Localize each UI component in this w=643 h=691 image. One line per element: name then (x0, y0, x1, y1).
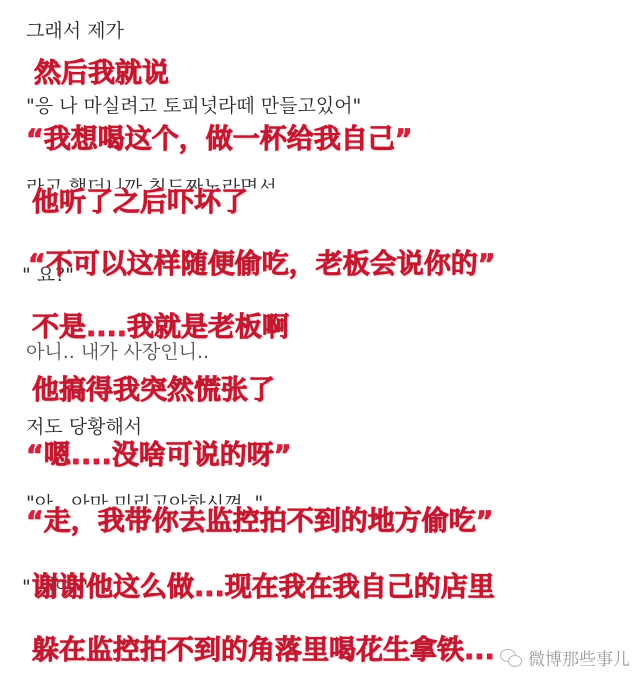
caption-1: 然后我就说 (34, 60, 169, 87)
korean-line-1: 그래서 제가 (26, 22, 124, 41)
korean-line-5: 아니.. 내가 사장인니.. (26, 343, 209, 362)
wechat-icon (500, 649, 522, 667)
caption-8: “走，我带你去监控拍不到的地方偷吃” (26, 508, 494, 535)
caption-3: 他听了之后吓坏了 (32, 189, 248, 216)
caption-9: 谢谢他这么做...现在我在我自己的店里 (32, 574, 495, 601)
caption-2: “我想喝这个，做一杯给我自己” (26, 126, 413, 153)
watermark-text: 微博那些事儿 (528, 645, 630, 670)
caption-6: 他搞得我突然慌张了 (32, 377, 275, 404)
caption-4: “不可以这样随便偷吃，老板会说你的” (28, 251, 496, 278)
korean-line-2: "응 나 마실려고 토피넛라떼 만들고있어" (26, 97, 361, 116)
caption-5: 不是....我就是老板啊 (32, 314, 289, 341)
korean-line-6: 저도 당황해서 (26, 418, 142, 437)
caption-7: “嗯....没啥可说的呀” (26, 442, 292, 469)
watermark: 微博那些事儿 (500, 645, 630, 670)
caption-10: 躲在监控拍不到的角落里喝花生拿铁... (32, 637, 495, 664)
